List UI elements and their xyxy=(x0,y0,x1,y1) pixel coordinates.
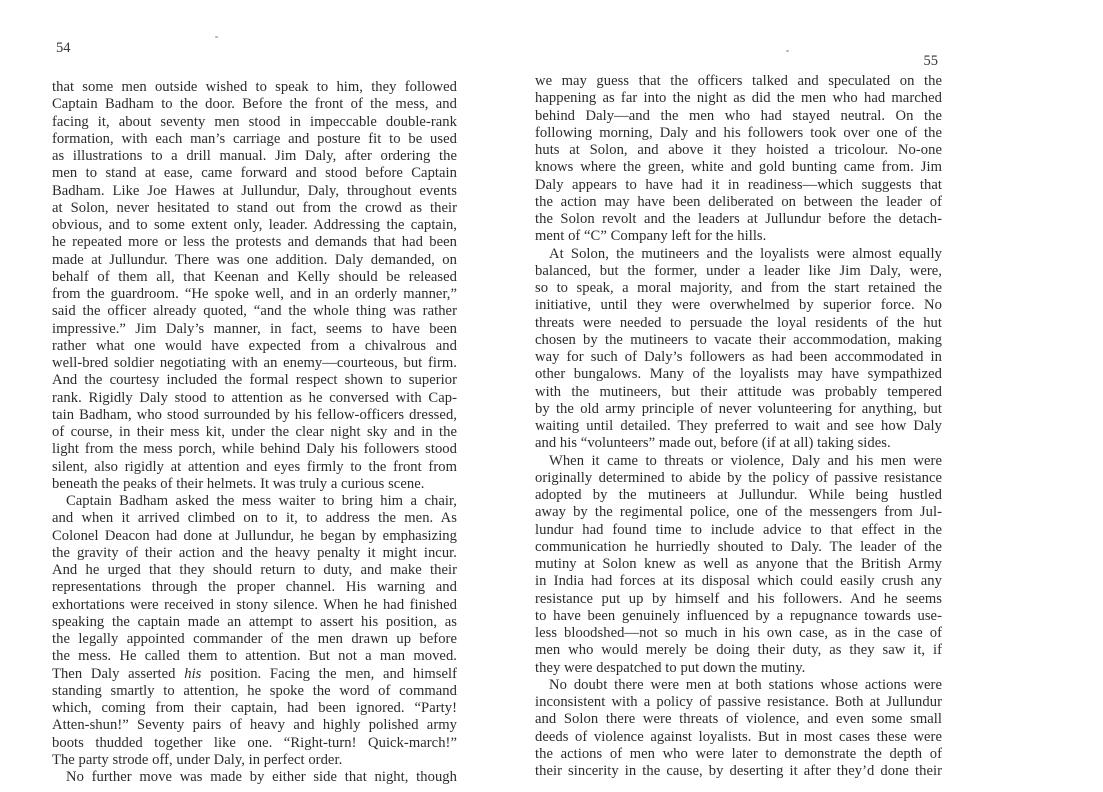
text-line: Atten-shun!” Seventy pairs of heavy and … xyxy=(52,717,457,734)
scan-speck xyxy=(786,50,789,52)
text-line: No further move was made by either side … xyxy=(52,769,457,786)
text-line: The party strode off, under Daly, in per… xyxy=(52,752,457,769)
text-line: behalf of them all, that Keenan and Kell… xyxy=(52,269,457,286)
text-line: speaking the captain made an attempt to … xyxy=(52,614,457,631)
text-line: well-bred soldier negotiating with an en… xyxy=(52,355,457,372)
left-page-body: that some men outside wished to speak to… xyxy=(52,79,457,786)
text-line: facing it, about seventy men stood in im… xyxy=(52,114,457,131)
text-line: obvious, and to some extent only, leader… xyxy=(52,217,457,234)
text-line: made at Jullundur. There was one additio… xyxy=(52,252,457,269)
text-line: threats were needed to persuade the loya… xyxy=(535,315,942,332)
text-line: standing smartly to attention, he spoke … xyxy=(52,683,457,700)
text-line: by the old army principle of never volun… xyxy=(535,401,942,418)
text-line: resistance put up by himself and his fol… xyxy=(535,591,942,608)
text-line: At Solon, the mutineers and the loyalist… xyxy=(535,246,942,263)
text-line: at Solon, never hesitated to stand out f… xyxy=(52,200,457,217)
text-line: the mess. He called them to attention. B… xyxy=(52,648,457,665)
text-line: men to stand at ease, came forward and s… xyxy=(52,165,457,182)
text-line: in India had forces at its disposal whic… xyxy=(535,573,942,590)
text-line: waiting until detailed. They preferred t… xyxy=(535,418,942,435)
text-line: rank. Rigidly Daly stood to attention as… xyxy=(52,390,457,407)
text-line: behind Daly—and the men who had stayed n… xyxy=(535,108,942,125)
text-line: the actions of men who were later to dem… xyxy=(535,746,942,763)
text-line: When it came to threats or violence, Dal… xyxy=(535,453,942,470)
text-line: representations through the proper chann… xyxy=(52,579,457,596)
book-spread: 54 that some men outside wished to speak… xyxy=(0,0,1103,792)
text-line: mutiny at Solon knew as well as anyone t… xyxy=(535,556,942,573)
text-line: light from the mess porch, while behind … xyxy=(52,441,457,458)
text-line: chosen by the mutineers to vacate their … xyxy=(535,332,942,349)
text-line: exhortations were received in stony sile… xyxy=(52,597,457,614)
text-line: communication he hurriedly shouted to Da… xyxy=(535,539,942,556)
text-line: so to speak, a moral majority, and from … xyxy=(535,280,942,297)
text-line: the gravity of their action and the heav… xyxy=(52,545,457,562)
text-line: Badham. Like Joe Hawes at Jullundur, Dal… xyxy=(52,183,457,200)
text-line: men who would merely be doing their duty… xyxy=(535,642,942,659)
text-line: we may guess that the officers talked an… xyxy=(535,73,942,90)
text-line: Captain Badham to the door. Before the f… xyxy=(52,96,457,113)
text-line: knows where the green, white and gold bu… xyxy=(535,159,942,176)
text-line: lundur had found time to include advice … xyxy=(535,522,942,539)
text-line: tain Badham, who stood surrounded by his… xyxy=(52,407,457,424)
text-line: boots thudded together like one. “Right-… xyxy=(52,735,457,752)
text-line: Then Daly asserted his position. Facing … xyxy=(52,666,457,683)
text-line: the action may have been deliberated on … xyxy=(535,194,942,211)
right-page-body: we may guess that the officers talked an… xyxy=(535,73,942,780)
text-line: their sincerity in the cause, by deserti… xyxy=(535,763,942,780)
text-line: impressive.” Jim Daly’s manner, in fact,… xyxy=(52,321,457,338)
text-line: said the officer already quoted, “and th… xyxy=(52,303,457,320)
text-line: balanced, but the former, under a leader… xyxy=(535,263,942,280)
text-line: away by the regimental police, one of th… xyxy=(535,504,942,521)
text-line: the Solon revolt and the leaders at Jull… xyxy=(535,211,942,228)
text-line: Captain Badham asked the mess waiter to … xyxy=(52,493,457,510)
text-line: huts at Solon, and above it they hoisted… xyxy=(535,142,942,159)
text-line: originally determined to abide by the po… xyxy=(535,470,942,487)
text-line: adopted by the mutineers at Jullundur. W… xyxy=(535,487,942,504)
text-line: of course, in their mess kit, under the … xyxy=(52,424,457,441)
text-line: rather what one would have expected from… xyxy=(52,338,457,355)
text-line: Colonel Deacon had done at Jullundur, he… xyxy=(52,528,457,545)
text-line: that some men outside wished to speak to… xyxy=(52,79,457,96)
text-line: he repeated more or less the protests an… xyxy=(52,234,457,251)
text-line: as illustrations to a drill manual. Jim … xyxy=(52,148,457,165)
text-line: inconsistent with a policy of passive re… xyxy=(535,694,942,711)
text-line: Daly appears to have had it in readiness… xyxy=(535,177,942,194)
text-line: less bloodshed—not so much in his own ca… xyxy=(535,625,942,642)
text-line: And the courtesy included the formal res… xyxy=(52,372,457,389)
text-line: to have been genuinely influenced by a r… xyxy=(535,608,942,625)
text-line: deeds of violence against loyalists. But… xyxy=(535,729,942,746)
text-line: other bungalows. Many of the loyalists m… xyxy=(535,366,942,383)
text-run: position. Facing the men, and himself xyxy=(201,666,457,682)
text-line: they were despatched to put down the mut… xyxy=(535,660,942,677)
text-run: Then Daly asserted xyxy=(52,666,184,682)
text-line: silent, also rigidly at attention and ey… xyxy=(52,459,457,476)
text-line: And he urged that they should return to … xyxy=(52,562,457,579)
text-line: initiative, until they were overwhelmed … xyxy=(535,297,942,314)
text-line: with the mutineers, but their attitude w… xyxy=(535,384,942,401)
text-line: No doubt there were men at both stations… xyxy=(535,677,942,694)
page-number-left: 54 xyxy=(56,40,71,57)
text-line: beneath the peaks of their helmets. It w… xyxy=(52,476,457,493)
page-number-right: 55 xyxy=(924,53,939,70)
text-line: way for such of Daly’s followers as had … xyxy=(535,349,942,366)
text-line: which, coming from their captain, had be… xyxy=(52,700,457,717)
text-line: and his “volunteers” made out, before (i… xyxy=(535,435,942,452)
text-line: and Solon there were threats of violence… xyxy=(535,711,942,728)
text-line: and when it arrived climbed on to it, to… xyxy=(52,510,457,527)
italic-emphasis: his xyxy=(184,666,201,682)
text-line: following morning, Daly and his follower… xyxy=(535,125,942,142)
text-line: the legally appointed commander of the m… xyxy=(52,631,457,648)
text-line: happening as far into the night as did t… xyxy=(535,90,942,107)
text-line: formation, with each man’s carriage and … xyxy=(52,131,457,148)
text-line: from the guardroom. “He spoke well, and … xyxy=(52,286,457,303)
text-line: ment of “C” Company left for the hills. xyxy=(535,228,942,245)
scan-speck xyxy=(215,36,218,38)
